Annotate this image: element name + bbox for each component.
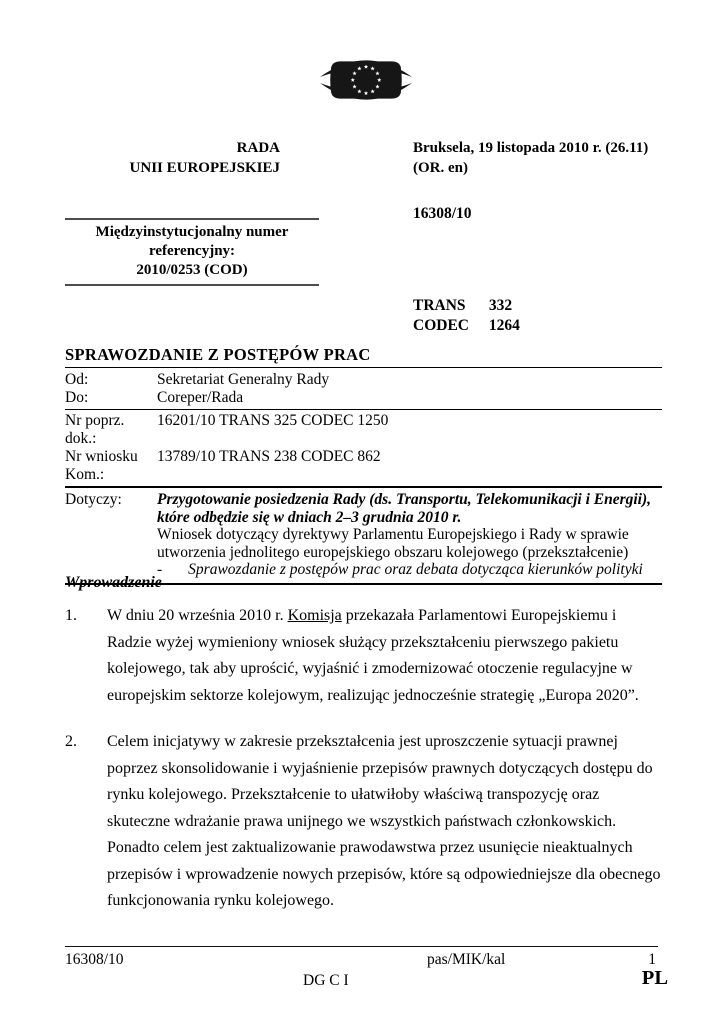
reference-docs-group: Nr poprz. dok.: 16201/10 TRANS 325 CODEC… (65, 410, 662, 488)
paragraph-1: 1. W dniu 20 września 2010 r. Komisja pr… (65, 603, 662, 709)
place-date: Bruksela, 19 listopada 2010 r. (26.11) (413, 138, 673, 158)
code-name: TRANS (413, 296, 485, 316)
document-number: 16308/10 (413, 205, 472, 223)
paragraph-text-before: W dniu 20 września 2010 r. (107, 607, 288, 624)
subject-item: - Sprawozdanie z postępów prac oraz deba… (157, 561, 662, 579)
table-row-subject: Dotyczy: Przygotowanie posiedzenia Rady … (65, 488, 662, 583)
subject-value: Przygotowanie posiedzenia Rady (ds. Tran… (157, 491, 662, 579)
paragraph-text: Celem inicjatywy w zakresie przekształce… (107, 729, 662, 915)
row-label: Do: (65, 389, 157, 407)
classification-codes: TRANS 332 CODEC 1264 (413, 296, 520, 335)
page-footer: 16308/10 pas/MIK/kal 1 DG C I PL (65, 946, 658, 991)
row-label: Nr wniosku Kom.: (65, 448, 157, 484)
report-header-table: SPRAWOZDANIE Z POSTĘPÓW PRAC Od: Sekreta… (65, 345, 662, 585)
institution-name-line1: RADA (65, 138, 280, 158)
paragraph-number: 2. (65, 729, 107, 915)
code-name: CODEC (413, 316, 485, 336)
code-row: TRANS 332 (413, 296, 520, 316)
code-row: CODEC 1264 (413, 316, 520, 336)
place-date-block: Bruksela, 19 listopada 2010 r. (26.11) (… (413, 138, 673, 178)
institution-name: RADA UNII EUROPEJSKIEJ (65, 138, 280, 178)
row-value: Sekretariat Generalny Rady (157, 371, 662, 389)
subject-description: Wniosek dotyczący dyrektywy Parlamentu E… (157, 526, 662, 561)
institution-name-line2: UNII EUROPEJSKIEJ (65, 158, 280, 178)
report-title: SPRAWOZDANIE Z POSTĘPÓW PRAC (65, 345, 662, 368)
document-page: RADA UNII EUROPEJSKIEJ Bruksela, 19 list… (0, 0, 724, 1024)
subject-item-text: Sprawozdanie z postępów prac oraz debata… (188, 561, 643, 579)
code-number: 1264 (489, 317, 520, 334)
footer-directorate: DG C I (303, 972, 349, 990)
row-value: 13789/10 TRANS 238 CODEC 862 (157, 448, 662, 484)
footer-language-code: PL (642, 969, 668, 987)
paragraph-2: 2. Celem inicjatywy w zakresie przekszta… (65, 729, 662, 915)
table-row-from: Od: Sekretariat Generalny Rady (65, 371, 662, 389)
section-heading: Wprowadzenie (65, 574, 162, 592)
interinstitutional-reference-box: Międzyinstytucjonalny numer referencyjny… (65, 218, 319, 286)
underlined-word: Komisja (288, 607, 342, 624)
row-value: Coreper/Rada (157, 389, 662, 407)
table-row-to: Do: Coreper/Rada (65, 389, 662, 407)
table-row-commission-proposal: Nr wniosku Kom.: 13789/10 TRANS 238 CODE… (65, 448, 662, 484)
footer-row-1: 16308/10 pas/MIK/kal 1 (65, 951, 658, 971)
row-label: Nr poprz. dok.: (65, 412, 157, 448)
council-eu-logo-icon (317, 52, 415, 108)
paragraph-text: W dniu 20 września 2010 r. Komisja przek… (107, 603, 662, 709)
interinstitutional-number: 2010/0253 (COD) (78, 261, 306, 280)
interinstitutional-label: Międzyinstytucjonalny numer referencyjny… (78, 223, 306, 261)
footer-drafter-code: pas/MIK/kal (427, 951, 505, 969)
from-to-group: Od: Sekretariat Generalny Rady Do: Corep… (65, 368, 662, 410)
table-row-prev-doc: Nr poprz. dok.: 16201/10 TRANS 325 CODEC… (65, 412, 662, 448)
paragraph-number: 1. (65, 603, 107, 709)
row-label: Od: (65, 371, 157, 389)
footer-doc-number: 16308/10 (65, 951, 124, 968)
footer-row-2: DG C I PL (65, 971, 658, 991)
row-value: 16201/10 TRANS 325 CODEC 1250 (157, 412, 662, 448)
subject-emphasis: Przygotowanie posiedzenia Rady (ds. Tran… (157, 491, 662, 526)
code-number: 332 (489, 297, 512, 314)
row-label: Dotyczy: (65, 491, 157, 579)
original-language: (OR. en) (413, 158, 673, 178)
